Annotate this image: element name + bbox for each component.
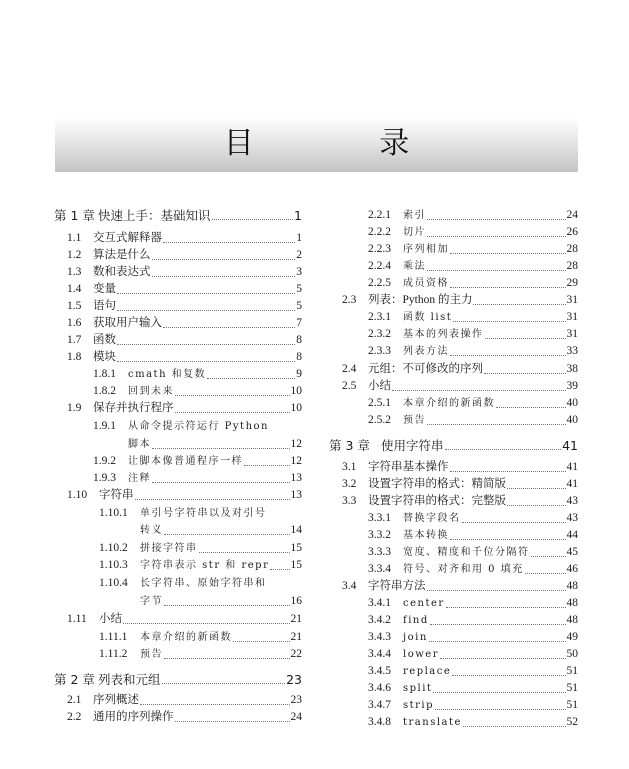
toc-entry-number: 2.4 — [342, 361, 368, 378]
dot-leader — [135, 487, 290, 500]
dot-leader — [117, 281, 295, 294]
toc-entry-page-number: 40 — [567, 412, 579, 429]
toc-entry-number: 3.1 — [342, 459, 368, 476]
dot-leader — [507, 476, 566, 489]
toc-entry-title: 替换字段名 — [403, 510, 461, 527]
toc-entry-number: 2.3.1 — [368, 309, 403, 326]
toc-entry-page-number: 28 — [567, 258, 579, 275]
toc-entry-title: 函数 list — [403, 309, 452, 326]
toc-entry[interactable]: 转义14 — [140, 522, 302, 539]
toc-entry[interactable]: 3.3.1替换字段名43 — [368, 510, 578, 527]
toc-entry[interactable]: 1.11.1本章介绍的新函数21 — [99, 629, 302, 646]
toc-entry[interactable]: 2.2.4乘法28 — [368, 258, 578, 275]
toc-entry-page-number: 5 — [296, 298, 302, 315]
toc-entry-number: 3.4.5 — [368, 663, 403, 680]
toc-entry-number: 1.10.2 — [99, 540, 140, 557]
toc-entry-title: 小结 — [368, 378, 391, 395]
toc-entry-title: 字符串方法 — [368, 578, 426, 595]
toc-entry-page-number: 46 — [567, 561, 579, 578]
dot-leader — [450, 241, 566, 254]
toc-entry-page-number: 48 — [567, 595, 579, 612]
toc-entry-title: 成员资格 — [403, 275, 449, 292]
toc-entry[interactable]: 2.5.1本章介绍的新函数40 — [368, 395, 578, 412]
toc-entry[interactable]: 2.2.2切片26 — [368, 224, 578, 241]
toc-entry-number: 3.4.7 — [368, 697, 403, 714]
toc-entry-title: 快速上手：基础知识 — [98, 207, 211, 224]
toc-entry-title: 数和表达式 — [93, 264, 151, 281]
toc-entry-title: 获取用户输入 — [93, 315, 162, 332]
toc-entry-number: 2.2 — [67, 709, 93, 726]
toc-entry-title: 基本转换 — [403, 527, 449, 544]
toc-entry-number: 2.5.1 — [368, 395, 403, 412]
dot-leader — [450, 343, 566, 356]
dot-leader — [162, 671, 286, 684]
toc-entry-title: join — [403, 629, 428, 646]
toc-entry-number: 2.3.3 — [368, 343, 403, 360]
toc-entry-page-number: 44 — [567, 527, 579, 544]
toc-entry-page-number: 51 — [567, 663, 579, 680]
toc-entry-page-number: 48 — [567, 612, 579, 629]
toc-entry-number: 2.2.1 — [368, 207, 403, 224]
toc-entry[interactable]: 3.3.4符号、对齐和用 0 填充46 — [368, 561, 578, 578]
toc-entry[interactable]: 3.4.6split51 — [368, 680, 578, 697]
toc-entry-title: 单引号字符串以及对引号 — [140, 505, 267, 522]
dot-leader — [164, 593, 290, 606]
toc-entry-number: 1.11.2 — [99, 646, 140, 663]
toc-entry-number: 3.4.2 — [368, 612, 403, 629]
toc-entry-title: 序列相加 — [403, 241, 449, 258]
toc-entry-number: 1.2 — [67, 247, 93, 264]
toc-entry-page-number: 9 — [296, 366, 302, 383]
toc-entry-page-number: 52 — [567, 714, 579, 731]
toc-entry-title: 转义 — [140, 522, 163, 539]
dot-leader — [117, 298, 295, 311]
toc-entry-number: 3.3.2 — [368, 527, 403, 544]
toc-entry-page-number: 1 — [296, 230, 302, 247]
dot-leader — [175, 709, 290, 722]
dot-leader — [531, 544, 566, 557]
toc-entry-title: 本章介绍的新函数 — [403, 395, 495, 412]
toc-entry-page-number: 33 — [567, 343, 579, 360]
toc-entry-number: 1.8 — [67, 349, 93, 366]
toc-entry-title: center — [403, 595, 445, 612]
toc-entry[interactable]: 2.3.1函数 list31 — [368, 309, 578, 326]
toc-entry[interactable]: 1.8模块8 — [67, 349, 302, 366]
toc-entry[interactable]: 2.3.2基本的列表操作31 — [368, 326, 578, 343]
toc-entry-title: 乘法 — [403, 258, 426, 275]
dot-leader — [452, 663, 565, 676]
dot-leader — [450, 275, 566, 288]
toc-entry-title: 函数 — [93, 332, 116, 349]
toc-entry-number: 第 1 章 — [54, 207, 98, 224]
toc-entry-number: 1.11 — [67, 611, 99, 628]
toc-entry-title: 让脚本像普通程序一样 — [128, 453, 243, 470]
toc-entry[interactable]: 1.10.3字符串表示 str 和 repr15 — [99, 557, 302, 574]
toc-entry-page-number: 24 — [291, 709, 303, 726]
dot-leader — [140, 692, 290, 705]
toc-entry-title: 索引 — [403, 207, 426, 224]
toc-entry-number: 3.3.1 — [368, 510, 403, 527]
dot-leader — [450, 527, 566, 540]
toc-entry[interactable]: 3.1字符串基本操作41 — [342, 459, 578, 476]
dot-leader — [152, 436, 290, 449]
toc-entry[interactable]: 3.4.7strip51 — [368, 697, 578, 714]
toc-entry-title: 预告 — [403, 412, 426, 429]
toc-entry-page-number: 21 — [291, 629, 303, 646]
toc-entry[interactable]: 2.2.5成员资格29 — [368, 275, 578, 292]
toc-entry-number: 2.2.3 — [368, 241, 403, 258]
toc-entry-page-number: 41 — [567, 476, 579, 493]
toc-entry[interactable]: 1.8.2回到未来10 — [93, 383, 302, 400]
dot-leader — [152, 264, 296, 277]
dot-leader — [507, 493, 566, 506]
toc-entry-page-number: 51 — [567, 697, 579, 714]
toc-entry-number: 1.9 — [67, 400, 93, 417]
toc-entry-number: 2.2.2 — [368, 224, 403, 241]
toc-entry-page-number: 28 — [567, 241, 579, 258]
toc-entry-title: 算法是什么 — [93, 247, 151, 264]
toc-entry[interactable]: 3.4.1center48 — [368, 595, 578, 612]
toc-entry-number: 1.3 — [67, 264, 93, 281]
toc-entry-page-number: 41 — [562, 437, 578, 454]
toc-entry-page-number: 31 — [567, 292, 579, 309]
toc-entry[interactable]: 1.9.1从命令提示符运行 Python — [93, 418, 302, 435]
toc-entry[interactable]: 1.2算法是什么2 — [67, 247, 302, 264]
page-title: 目 录 — [55, 126, 578, 162]
toc-entry-page-number: 31 — [567, 309, 579, 326]
toc-entry[interactable]: 1.10.2拼接字符串15 — [99, 540, 302, 557]
toc-entry-number: 1.9.3 — [93, 470, 128, 487]
toc-entry-page-number: 2 — [296, 247, 302, 264]
toc-entry-title: 宽度、精度和千位分隔符 — [403, 544, 530, 561]
toc-entry-page-number: 48 — [567, 578, 579, 595]
dot-leader — [463, 714, 566, 727]
toc-entry[interactable]: 2.3.3列表方法33 — [368, 343, 578, 360]
toc-entry-number: 1.10.1 — [99, 505, 140, 522]
toc-entry[interactable]: 1.11.2预告22 — [99, 646, 302, 663]
toc-entry[interactable]: 字节16 — [140, 593, 302, 610]
toc-entry-page-number: 15 — [291, 557, 303, 574]
toc-entry[interactable]: 3.4.5replace51 — [368, 663, 578, 680]
toc-entry-page-number: 12 — [291, 436, 303, 453]
toc-entry-page-number: 1 — [294, 207, 302, 224]
dot-leader — [427, 224, 566, 237]
toc-entry-page-number: 10 — [291, 400, 303, 417]
toc-entry-title: 预告 — [140, 646, 163, 663]
toc-entry-number: 第 3 章 — [329, 437, 381, 454]
dot-leader — [446, 595, 566, 608]
toc-entry-number: 3.4.4 — [368, 646, 403, 663]
toc-entry-number: 2.2.5 — [368, 275, 403, 292]
toc-entry-title: 基本的列表操作 — [403, 326, 484, 343]
toc-entry[interactable]: 1.5语句5 — [67, 298, 302, 315]
toc-entry-number: 1.6 — [67, 315, 93, 332]
toc-entry-title: strip — [403, 697, 434, 714]
toc-entry-number: 1.7 — [67, 332, 93, 349]
toc-entry-number: 3.4.3 — [368, 629, 403, 646]
toc-entry[interactable]: 1.9保存并执行程序10 — [67, 400, 302, 417]
toc-entry-number: 3.3.4 — [368, 561, 403, 578]
toc-entry-title: find — [403, 612, 429, 629]
toc-entry[interactable]: 1.1交互式解释器1 — [67, 230, 302, 247]
toc-entry[interactable]: 1.7函数8 — [67, 332, 302, 349]
toc-entry[interactable]: 1.9.3注释13 — [93, 470, 302, 487]
toc-entry-title: 列表和元组 — [98, 671, 161, 688]
dot-leader — [427, 258, 566, 271]
toc-entry-title: split — [403, 680, 432, 697]
toc-entry-number: 1.9.1 — [93, 418, 128, 435]
toc-entry-page-number: 3 — [296, 264, 302, 281]
toc-entry[interactable]: 3.3.3宽度、精度和千位分隔符45 — [368, 544, 578, 561]
dot-leader — [233, 629, 290, 642]
toc-entry-page-number: 43 — [567, 493, 579, 510]
toc-entry-page-number: 7 — [296, 315, 302, 332]
toc-entry[interactable]: 第 2 章列表和元组23 — [54, 671, 302, 688]
dot-leader — [207, 366, 295, 379]
toc-entry[interactable]: 2.1序列概述23 — [67, 692, 302, 709]
toc-entry-number: 2.1 — [67, 692, 93, 709]
toc-entry[interactable]: 脚本12 — [128, 436, 302, 453]
toc-entry-number: 1.9.2 — [93, 453, 128, 470]
toc-entry-page-number: 8 — [296, 349, 302, 366]
toc-entry-page-number: 23 — [286, 671, 302, 688]
dot-leader — [163, 315, 295, 328]
toc-entry-page-number: 31 — [567, 326, 579, 343]
toc-entry-page-number: 16 — [291, 593, 303, 610]
dot-leader — [453, 309, 565, 322]
dot-leader — [244, 453, 290, 466]
toc-entry[interactable]: 1.10.4长字符串、原始字符串和 — [99, 575, 302, 592]
toc-entry-number: 3.4.1 — [368, 595, 403, 612]
toc-entry-title: 列表：Python 的主力 — [368, 292, 472, 309]
dot-leader — [175, 400, 290, 413]
toc-entry-number: 1.10.4 — [99, 575, 140, 592]
toc-entry[interactable]: 3.3.2基本转换44 — [368, 527, 578, 544]
toc-entry-title: translate — [403, 714, 462, 731]
toc-entry-title: 设置字符串的格式：精简版 — [368, 476, 506, 493]
dot-leader — [473, 292, 565, 305]
toc-entry[interactable]: 3.4.4lower50 — [368, 646, 578, 663]
toc-entry-title: 通用的序列操作 — [93, 709, 174, 726]
toc-entry-page-number: 10 — [291, 383, 303, 400]
toc-entry-title: replace — [403, 663, 451, 680]
toc-entry-title: 字符串基本操作 — [368, 459, 449, 476]
toc-entry-number: 3.2 — [342, 476, 368, 493]
toc-entry-page-number: 38 — [567, 361, 579, 378]
toc-entry[interactable]: 1.4变量5 — [67, 281, 302, 298]
toc-entry[interactable]: 3.2设置字符串的格式：精简版41 — [342, 476, 578, 493]
toc-entry-title: 回到未来 — [128, 383, 174, 400]
toc-entry-number: 1.8.1 — [93, 366, 128, 383]
toc-entry-title: 符号、对齐和用 0 填充 — [403, 561, 524, 578]
toc-entry-number: 2.3 — [342, 292, 368, 309]
toc-entry-title: 元组：不可修改的序列 — [368, 361, 483, 378]
dot-leader — [427, 207, 566, 220]
dot-leader — [435, 697, 565, 710]
toc-entry-number: 1.4 — [67, 281, 93, 298]
dot-leader — [152, 470, 290, 483]
toc-entry-title: 注释 — [128, 470, 151, 487]
toc-entry-number: 3.4 — [342, 578, 368, 595]
dot-leader — [429, 629, 566, 642]
toc-entry-title: 列表方法 — [403, 343, 449, 360]
dot-leader — [199, 540, 290, 553]
dot-leader — [427, 578, 566, 591]
toc-entry-page-number: 26 — [567, 224, 579, 241]
toc-entry-number: 2.5.2 — [368, 412, 403, 429]
dot-leader — [430, 612, 566, 625]
toc-entry-page-number: 49 — [567, 629, 579, 646]
toc-entry[interactable]: 1.9.2让脚本像普通程序一样12 — [93, 453, 302, 470]
toc-entry-page-number: 21 — [291, 611, 303, 628]
toc-entry-page-number: 39 — [567, 378, 579, 395]
toc-entry-title: 模块 — [93, 349, 116, 366]
toc-entry[interactable]: 2.2.1索引24 — [368, 207, 578, 224]
toc-entry[interactable]: 3.4字符串方法48 — [342, 578, 578, 595]
toc-entry-page-number: 29 — [567, 275, 579, 292]
dot-leader — [462, 510, 566, 523]
dot-leader — [433, 680, 565, 693]
toc-entry[interactable]: 2.4元组：不可修改的序列38 — [342, 361, 578, 378]
dot-leader — [484, 361, 566, 374]
toc-entry[interactable]: 1.11小结21 — [67, 611, 302, 628]
toc-entry[interactable]: 1.10.1单引号字符串以及对引号 — [99, 505, 302, 522]
toc-entry-page-number: 45 — [567, 544, 579, 561]
toc-entry-number: 1.10.3 — [99, 557, 140, 574]
dot-leader — [392, 378, 566, 391]
toc-entry[interactable]: 1.6获取用户输入7 — [67, 315, 302, 332]
toc-entry-title: 序列概述 — [93, 692, 139, 709]
toc-entry-title: 从命令提示符运行 Python — [128, 418, 269, 435]
dot-leader — [525, 561, 566, 574]
dot-leader — [123, 611, 290, 624]
dot-leader — [164, 646, 290, 659]
toc-entry[interactable]: 2.3列表：Python 的主力31 — [342, 292, 578, 309]
toc-entry-page-number: 41 — [567, 459, 579, 476]
toc-entry-page-number: 50 — [567, 646, 579, 663]
toc-entry-page-number: 40 — [567, 395, 579, 412]
toc-entry-page-number: 51 — [567, 680, 579, 697]
toc-entry-title: 语句 — [93, 298, 116, 315]
dot-leader — [450, 459, 566, 472]
toc-entry[interactable]: 3.4.8translate52 — [368, 714, 578, 731]
toc-entry-number: 1.5 — [67, 298, 93, 315]
toc-entry-page-number: 5 — [296, 281, 302, 298]
dot-leader — [270, 557, 289, 570]
toc-entry-title: 长字符串、原始字符串和 — [140, 575, 267, 592]
toc-entry[interactable]: 2.5小结39 — [342, 378, 578, 395]
toc-entry-title: cmath 和复数 — [128, 366, 206, 383]
toc-entry-page-number: 15 — [291, 540, 303, 557]
dot-leader — [175, 383, 290, 396]
dot-leader — [427, 412, 566, 425]
toc-entry-page-number: 23 — [291, 692, 303, 709]
toc-entry-page-number: 8 — [296, 332, 302, 349]
dot-leader — [212, 207, 294, 220]
toc-entry-title: 字符串 — [99, 487, 134, 504]
toc-entry[interactable]: 2.2通用的序列操作24 — [67, 709, 302, 726]
toc-entry[interactable]: 3.3设置字符串的格式：完整版43 — [342, 493, 578, 510]
dot-leader — [163, 230, 295, 243]
dot-leader — [496, 395, 566, 408]
toc-entry-title: 小结 — [99, 611, 122, 628]
toc-entry-page-number: 24 — [567, 207, 579, 224]
toc-entry[interactable]: 第 1 章快速上手：基础知识1 — [54, 207, 302, 224]
toc-entry[interactable]: 2.2.3序列相加28 — [368, 241, 578, 258]
toc-entry-page-number: 22 — [291, 646, 303, 663]
toc-entry-number: 3.4.8 — [368, 714, 403, 731]
dot-leader — [445, 437, 562, 450]
toc-entry-number: 2.2.4 — [368, 258, 403, 275]
toc-entry-page-number: 13 — [291, 487, 303, 504]
toc-entry-number: 1.1 — [67, 230, 93, 247]
toc-entry[interactable]: 3.4.3join49 — [368, 629, 578, 646]
toc-entry-number: 2.3.2 — [368, 326, 403, 343]
toc-entry-title: lower — [403, 646, 439, 663]
toc-entry-title: 切片 — [403, 224, 426, 241]
toc-entry-title: 设置字符串的格式：完整版 — [368, 493, 506, 510]
toc-entry-page-number: 13 — [291, 470, 303, 487]
toc-entry-title: 变量 — [93, 281, 116, 298]
toc-entry-title: 字节 — [140, 593, 163, 610]
dot-leader — [117, 349, 295, 362]
toc-entry-number: 1.8.2 — [93, 383, 128, 400]
toc-entry-page-number: 14 — [291, 522, 303, 539]
toc-entry-number: 2.5 — [342, 378, 368, 395]
dot-leader — [440, 646, 566, 659]
toc-header-band: 目 录 — [55, 117, 578, 172]
toc-entry-number: 3.3.3 — [368, 544, 403, 561]
toc-entry-number: 1.11.1 — [99, 629, 140, 646]
toc-entry[interactable]: 3.4.2find48 — [368, 612, 578, 629]
toc-entry[interactable]: 2.5.2预告40 — [368, 412, 578, 429]
toc-entry-title: 字符串表示 str 和 repr — [140, 557, 269, 574]
dot-leader — [164, 522, 290, 535]
dot-leader — [485, 326, 566, 339]
toc-entry-page-number: 12 — [291, 453, 303, 470]
toc-entry-title: 保存并执行程序 — [93, 400, 174, 417]
toc-entry-title: 脚本 — [128, 436, 151, 453]
dot-leader — [117, 332, 295, 345]
toc-entry[interactable]: 第 3 章使用字符串41 — [329, 437, 578, 454]
toc-entry[interactable]: 1.10字符串13 — [67, 487, 302, 504]
toc-entry-title: 拼接字符串 — [140, 540, 198, 557]
toc-entry-number: 3.4.6 — [368, 680, 403, 697]
toc-entry-number: 1.10 — [67, 487, 99, 504]
dot-leader — [152, 247, 296, 260]
toc-entry[interactable]: 1.8.1cmath 和复数9 — [93, 366, 302, 383]
toc-entry-number: 第 2 章 — [54, 671, 98, 688]
toc-entry-number: 3.3 — [342, 493, 368, 510]
toc-entry[interactable]: 1.3数和表达式3 — [67, 264, 302, 281]
toc-entry-title: 本章介绍的新函数 — [140, 629, 232, 646]
toc-entry-title: 使用字符串 — [381, 437, 444, 454]
toc-entry-page-number: 43 — [567, 510, 579, 527]
toc-entry-title: 交互式解释器 — [93, 230, 162, 247]
